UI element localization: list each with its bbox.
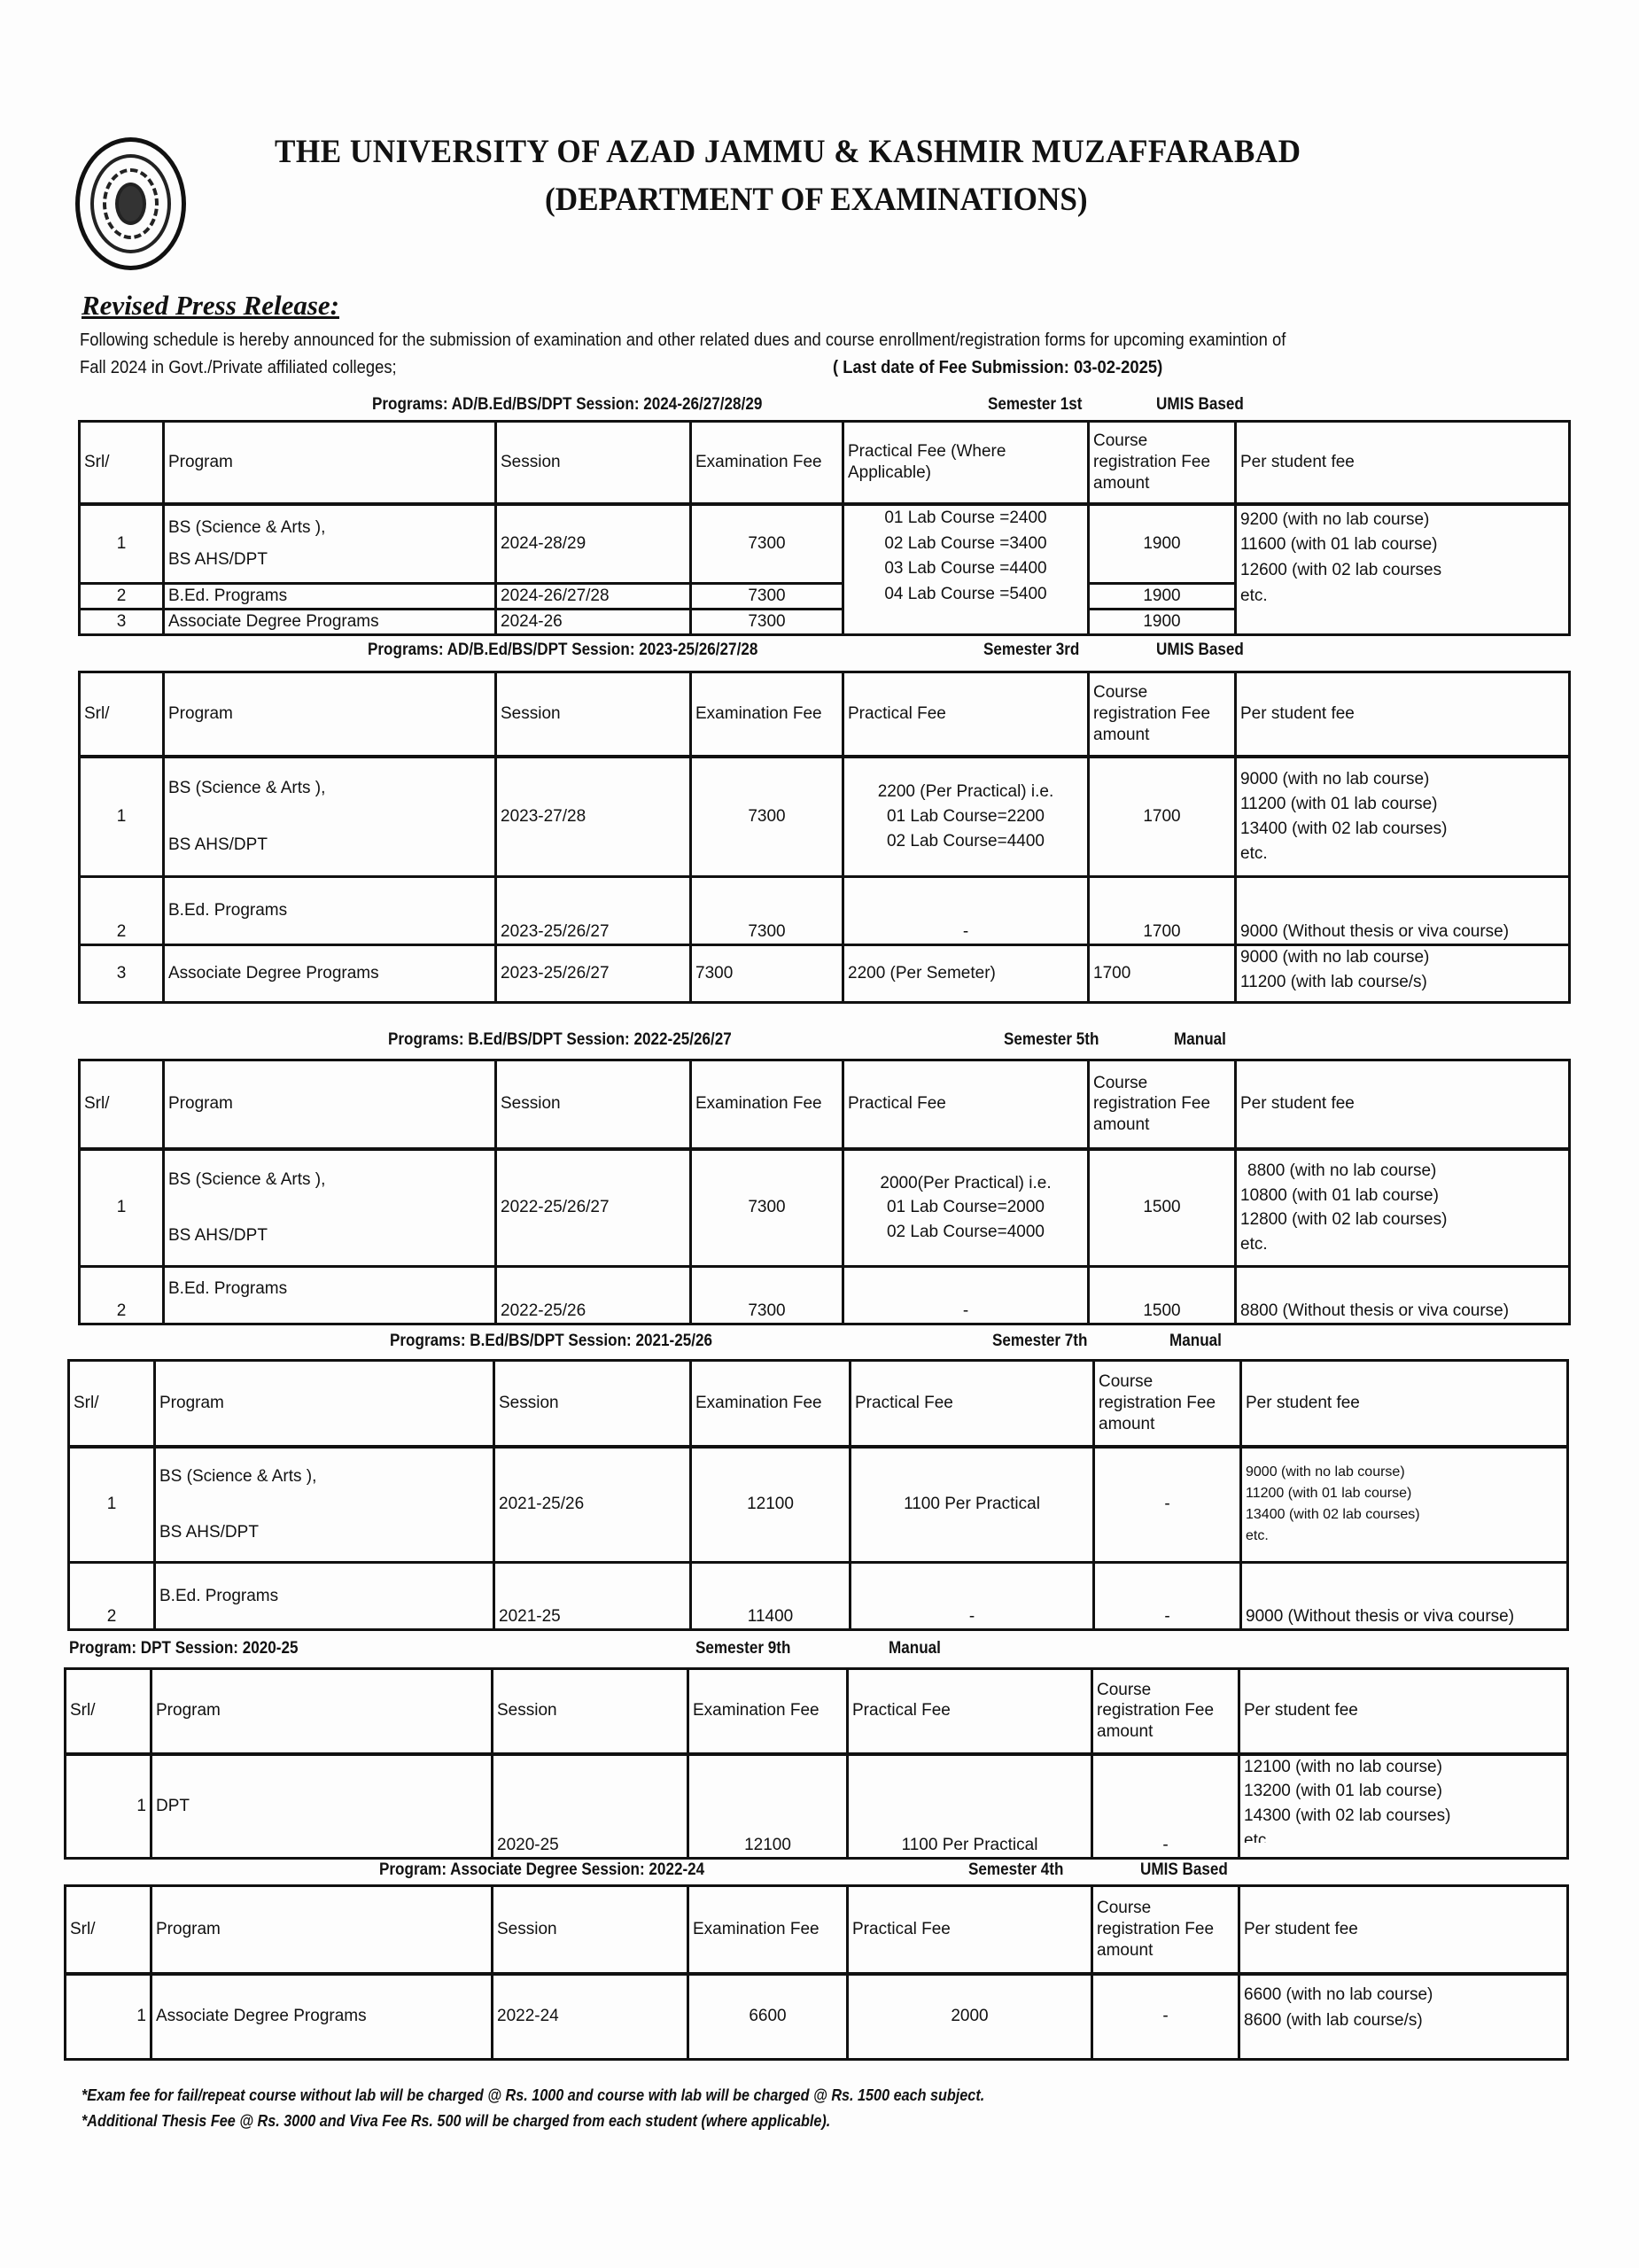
course-reg-cell: - xyxy=(1094,1563,1241,1630)
col-session: Session xyxy=(494,1361,691,1447)
program-cell: BS (Science & Arts ),BS AHS/DPT xyxy=(164,504,496,584)
table-row: 1 BS (Science & Arts ),BS AHS/DPT 2024-2… xyxy=(80,504,1570,584)
col-program: Program xyxy=(151,1669,493,1754)
col-course-reg: Course registration Fee amount xyxy=(1092,1669,1239,1754)
col-course-reg: Course registration Fee amount xyxy=(1089,422,1236,504)
exam-fee-cell: 7300 xyxy=(691,610,843,635)
course-reg-cell: 1900 xyxy=(1089,584,1236,610)
course-reg-cell: 1700 xyxy=(1089,877,1236,945)
col-exam-fee: Examination Fee xyxy=(691,422,843,504)
table6-caption-semester: Semester 4th xyxy=(968,1860,1063,1880)
col-per-student: Per student fee xyxy=(1239,1669,1568,1754)
fee-table-semester-9: Srl/ Program Session Examination Fee Pra… xyxy=(64,1667,1569,1860)
srl-cell: 1 xyxy=(66,1754,151,1859)
practical-fee-cell: 01 Lab Course =240002 Lab Course =340003… xyxy=(843,504,1089,635)
exam-fee-cell: 7300 xyxy=(691,1149,843,1267)
col-srl: Srl/ xyxy=(66,1669,151,1754)
srl-cell: 1 xyxy=(80,504,164,584)
table5-caption-semester: Semester 9th xyxy=(695,1639,790,1658)
col-exam-fee: Examination Fee xyxy=(691,1060,843,1149)
col-course-reg: Course registration Fee amount xyxy=(1089,672,1236,757)
course-reg-cell: - xyxy=(1092,1974,1239,2060)
program-cell: DPT xyxy=(151,1754,493,1859)
course-reg-cell: 1700 xyxy=(1089,945,1236,1003)
srl-cell: 1 xyxy=(69,1447,155,1563)
col-srl: Srl/ xyxy=(66,1886,151,1974)
col-exam-fee: Examination Fee xyxy=(691,1361,851,1447)
exam-fee-cell: 12100 xyxy=(688,1754,848,1859)
press-release-heading: Revised Press Release: xyxy=(82,290,339,322)
col-exam-fee: Examination Fee xyxy=(688,1669,848,1754)
col-practical-fee: Practical Fee xyxy=(843,1060,1089,1149)
col-practical-fee: Practical Fee xyxy=(843,672,1089,757)
srl-cell: 1 xyxy=(66,1974,151,2060)
col-per-student: Per student fee xyxy=(1239,1886,1568,1974)
table4-caption-programs: Programs: B.Ed/BS/DPT Session: 2021-25/2… xyxy=(390,1332,712,1351)
session-cell: 2020-25 xyxy=(493,1754,688,1859)
per-student-cell: 9000 (with no lab course)11200 (with 01 … xyxy=(1241,1447,1568,1563)
practical-fee-cell: 2000(Per Practical) i.e.01 Lab Course=20… xyxy=(843,1149,1089,1267)
table2-caption-mode: UMIS Based xyxy=(1156,641,1244,660)
table-row: 2 B.Ed. Programs 2022-25/26 7300 - 1500 … xyxy=(80,1267,1570,1324)
practical-fee-cell: 1100 Per Practical xyxy=(851,1447,1094,1563)
srl-cell: 2 xyxy=(80,584,164,610)
table2-caption-semester: Semester 3rd xyxy=(983,641,1079,660)
session-cell: 2024-26/27/28 xyxy=(496,584,691,610)
session-cell: 2023-27/28 xyxy=(496,757,691,877)
practical-fee-cell: - xyxy=(851,1563,1094,1630)
per-student-cell: 9000 (with no lab course)11200 (with lab… xyxy=(1236,945,1570,1003)
program-cell: B.Ed. Programs xyxy=(164,1267,496,1324)
per-student-cell: 9000 (Without thesis or viva course) xyxy=(1241,1563,1568,1630)
session-cell: 2022-25/26/27 xyxy=(496,1149,691,1267)
per-student-cell: 9000 (with no lab course)11200 (with 01 … xyxy=(1236,757,1570,877)
col-practical-fee: Practical Fee xyxy=(848,1886,1092,1974)
srl-cell: 1 xyxy=(80,1149,164,1267)
exam-fee-cell: 6600 xyxy=(688,1974,848,2060)
exam-fee-cell: 7300 xyxy=(691,584,843,610)
fee-table-semester-1: Srl/ Program Session Examination Fee Pra… xyxy=(78,420,1571,636)
fee-table-semester-4: Srl/ Program Session Examination Fee Pra… xyxy=(64,1884,1569,2061)
session-cell: 2024-28/29 xyxy=(496,504,691,584)
table3-caption-semester: Semester 5th xyxy=(1004,1030,1099,1050)
session-cell: 2024-26 xyxy=(496,610,691,635)
note-repeat-course-fee: *Exam fee for fail/repeat course without… xyxy=(82,2086,984,2105)
program-cell: B.Ed. Programs xyxy=(155,1563,494,1630)
col-practical-fee: Practical Fee xyxy=(851,1361,1094,1447)
table1-caption-programs: Programs: AD/B.Ed/BS/DPT Session: 2024-2… xyxy=(372,395,762,415)
table6-caption-mode: UMIS Based xyxy=(1140,1860,1228,1880)
course-reg-cell: 1900 xyxy=(1089,504,1236,584)
course-reg-cell: 1500 xyxy=(1089,1149,1236,1267)
course-reg-cell: - xyxy=(1092,1754,1239,1859)
per-student-cell: 8800 (Without thesis or viva course) xyxy=(1236,1267,1570,1324)
table-row: 2 B.Ed. Programs 2023-25/26/27 7300 - 17… xyxy=(80,877,1570,945)
srl-cell: 3 xyxy=(80,610,164,635)
exam-fee-cell: 7300 xyxy=(691,504,843,584)
srl-cell: 2 xyxy=(80,1267,164,1324)
col-per-student: Per student fee xyxy=(1236,672,1570,757)
session-cell: 2023-25/26/27 xyxy=(496,877,691,945)
table3-caption-mode: Manual xyxy=(1174,1030,1226,1050)
table3-caption-programs: Programs: B.Ed/BS/DPT Session: 2022-25/2… xyxy=(388,1030,732,1050)
table5-caption-programs: Program: DPT Session: 2020-25 xyxy=(69,1639,298,1658)
last-date-notice: ( Last date of Fee Submission: 03-02-202… xyxy=(833,358,1162,378)
course-reg-cell: 1700 xyxy=(1089,757,1236,877)
program-cell: Associate Degree Programs xyxy=(164,945,496,1003)
col-session: Session xyxy=(493,1669,688,1754)
col-course-reg: Course registration Fee amount xyxy=(1089,1060,1236,1149)
practical-fee-cell: 2200 (Per Semeter) xyxy=(843,945,1089,1003)
col-exam-fee: Examination Fee xyxy=(691,672,843,757)
exam-fee-cell: 7300 xyxy=(691,757,843,877)
exam-fee-cell: 11400 xyxy=(691,1563,851,1630)
program-cell: BS (Science & Arts ),BS AHS/DPT xyxy=(164,757,496,877)
course-reg-cell: 1500 xyxy=(1089,1267,1236,1324)
table1-caption-semester: Semester 1st xyxy=(988,395,1082,415)
table4-caption-mode: Manual xyxy=(1169,1332,1222,1351)
department-title: (DEPARTMENT OF EXAMINATIONS) xyxy=(545,181,1088,219)
exam-fee-cell: 12100 xyxy=(691,1447,851,1563)
program-cell: Associate Degree Programs xyxy=(164,610,496,635)
table5-caption-mode: Manual xyxy=(889,1639,941,1658)
intro-text-line2: Fall 2024 in Govt./Private affiliated co… xyxy=(80,358,397,378)
col-practical-fee: Practical Fee (Where Applicable) xyxy=(843,422,1089,504)
table-row: 3 Associate Degree Programs 2023-25/26/2… xyxy=(80,945,1570,1003)
col-course-reg: Course registration Fee amount xyxy=(1094,1361,1241,1447)
table6-caption-programs: Program: Associate Degree Session: 2022-… xyxy=(379,1860,704,1880)
col-srl: Srl/ xyxy=(69,1361,155,1447)
col-per-student: Per student fee xyxy=(1236,422,1570,504)
table-row: 1 BS (Science & Arts ),BS AHS/DPT 2022-2… xyxy=(80,1149,1570,1267)
table-row: 1 BS (Science & Arts ),BS AHS/DPT 2021-2… xyxy=(69,1447,1568,1563)
intro-text-line1: Following schedule is hereby announced f… xyxy=(80,330,1286,351)
col-exam-fee: Examination Fee xyxy=(688,1886,848,1974)
exam-fee-cell: 7300 xyxy=(691,945,843,1003)
practical-fee-cell: - xyxy=(843,1267,1089,1324)
col-program: Program xyxy=(164,672,496,757)
table1-caption-mode: UMIS Based xyxy=(1156,395,1244,415)
col-per-student: Per student fee xyxy=(1236,1060,1570,1149)
fee-table-semester-5: Srl/ Program Session Examination Fee Pra… xyxy=(78,1059,1571,1325)
srl-cell: 1 xyxy=(80,757,164,877)
col-session: Session xyxy=(496,672,691,757)
exam-fee-cell: 7300 xyxy=(691,1267,843,1324)
session-cell: 2022-24 xyxy=(493,1974,688,2060)
table-row: 1 Associate Degree Programs 2022-24 6600… xyxy=(66,1974,1568,2060)
program-cell: BS (Science & Arts ),BS AHS/DPT xyxy=(164,1149,496,1267)
col-session: Session xyxy=(496,422,691,504)
col-srl: Srl/ xyxy=(80,672,164,757)
col-session: Session xyxy=(496,1060,691,1149)
per-student-cell: 12100 (with no lab course)13200 (with 01… xyxy=(1239,1754,1568,1859)
col-program: Program xyxy=(155,1361,494,1447)
srl-cell: 2 xyxy=(80,877,164,945)
col-session: Session xyxy=(493,1886,688,1974)
session-cell: 2022-25/26 xyxy=(496,1267,691,1324)
program-cell: Associate Degree Programs xyxy=(151,1974,493,2060)
col-program: Program xyxy=(151,1886,493,1974)
table-row: 2 B.Ed. Programs 2021-25 11400 - - 9000 … xyxy=(69,1563,1568,1630)
session-cell: 2023-25/26/27 xyxy=(496,945,691,1003)
practical-fee-cell: 1100 Per Practical xyxy=(848,1754,1092,1859)
table-row: 1 BS (Science & Arts ),BS AHS/DPT 2023-2… xyxy=(80,757,1570,877)
per-student-cell: 9000 (Without thesis or viva course) xyxy=(1236,877,1570,945)
col-course-reg: Course registration Fee amount xyxy=(1092,1886,1239,1974)
col-practical-fee: Practical Fee xyxy=(848,1669,1092,1754)
col-srl: Srl/ xyxy=(80,422,164,504)
program-cell: B.Ed. Programs xyxy=(164,584,496,610)
col-program: Program xyxy=(164,1060,496,1149)
note-thesis-viva-fee: *Additional Thesis Fee @ Rs. 3000 and Vi… xyxy=(82,2112,830,2131)
university-seal-icon xyxy=(75,137,186,270)
practical-fee-cell: - xyxy=(843,877,1089,945)
table2-caption-programs: Programs: AD/B.Ed/BS/DPT Session: 2023-2… xyxy=(368,641,757,660)
table-row: 1 DPT 2020-25 12100 1100 Per Practical -… xyxy=(66,1754,1568,1859)
practical-fee-cell: 2200 (Per Practical) i.e.01 Lab Course=2… xyxy=(843,757,1089,877)
table4-caption-semester: Semester 7th xyxy=(992,1332,1087,1351)
session-cell: 2021-25/26 xyxy=(494,1447,691,1563)
per-student-cell: 9200 (with no lab course)11600 (with 01 … xyxy=(1236,504,1570,635)
per-student-cell: 8800 (with no lab course)10800 (with 01 … xyxy=(1236,1149,1570,1267)
srl-cell: 2 xyxy=(69,1563,155,1630)
session-cell: 2021-25 xyxy=(494,1563,691,1630)
course-reg-cell: - xyxy=(1094,1447,1241,1563)
per-student-cell: 6600 (with no lab course)8600 (with lab … xyxy=(1239,1974,1568,2060)
col-srl: Srl/ xyxy=(80,1060,164,1149)
fee-table-semester-7: Srl/ Program Session Examination Fee Pra… xyxy=(67,1359,1569,1631)
university-title: THE UNIVERSITY OF AZAD JAMMU & KASHMIR M… xyxy=(275,133,1301,171)
fee-table-semester-3: Srl/ Program Session Examination Fee Pra… xyxy=(78,671,1571,1004)
col-per-student: Per student fee xyxy=(1241,1361,1568,1447)
practical-fee-cell: 2000 xyxy=(848,1974,1092,2060)
srl-cell: 3 xyxy=(80,945,164,1003)
col-program: Program xyxy=(164,422,496,504)
program-cell: B.Ed. Programs xyxy=(164,877,496,945)
exam-fee-cell: 7300 xyxy=(691,877,843,945)
course-reg-cell: 1900 xyxy=(1089,610,1236,635)
program-cell: BS (Science & Arts ),BS AHS/DPT xyxy=(155,1447,494,1563)
